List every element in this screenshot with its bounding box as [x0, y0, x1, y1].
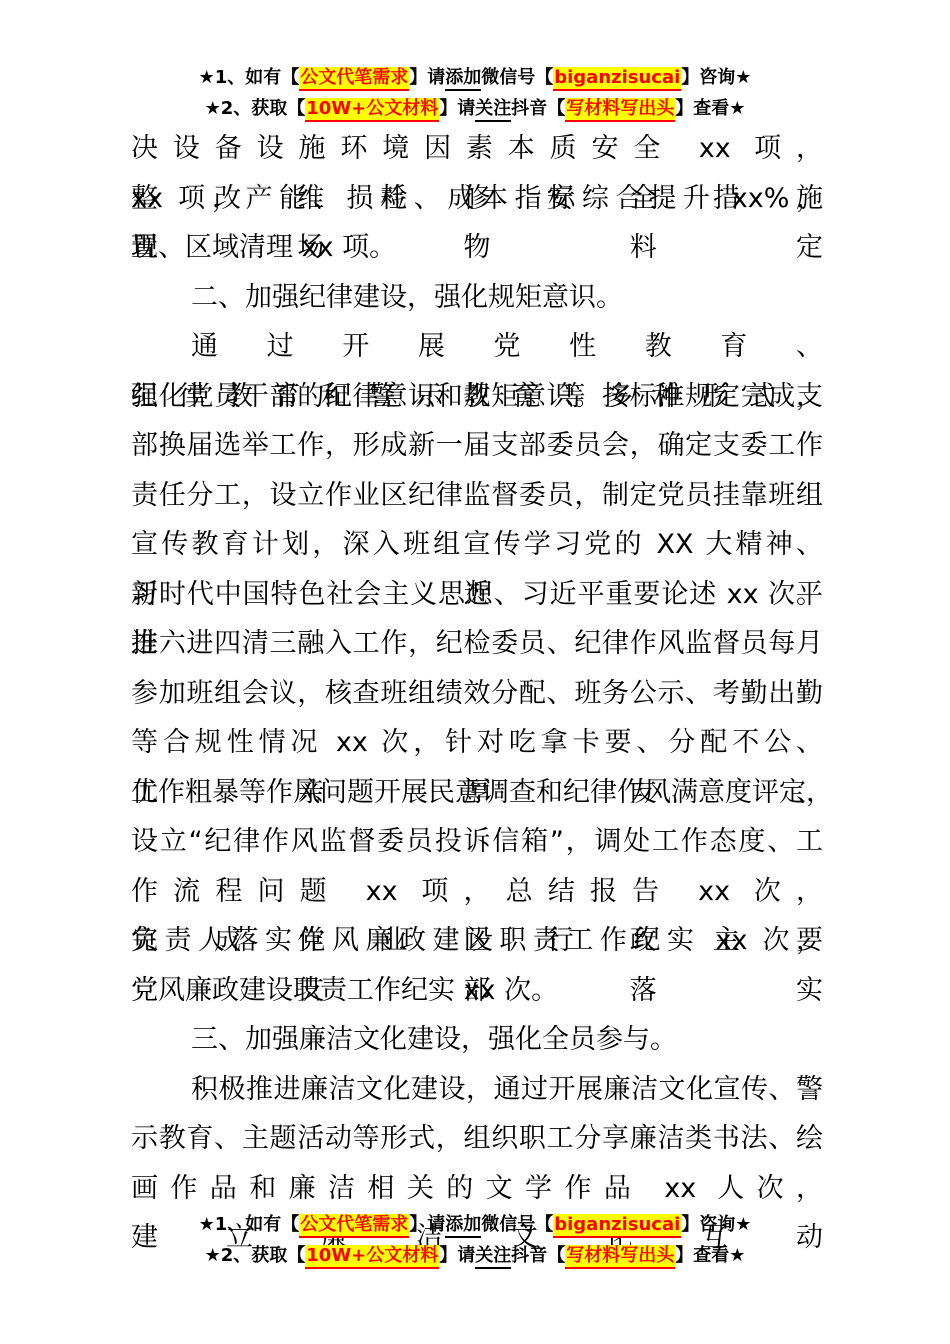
document-line: 示教育、主题活动等形式，组织职工分享廉洁类书法、绘 — [131, 1114, 823, 1164]
banner-text: 】查看★ — [675, 98, 745, 120]
banner-highlight: 10W+公文材料 — [305, 98, 439, 122]
banner-text: 抖音【 — [511, 98, 565, 120]
document-line: 工作粗暴等作风问题开展民意调查和纪律作风满意度评定， — [131, 768, 823, 818]
header-banner: ★1、如有【公文代笔需求】请添加微信号【biganzisucai】咨询★★2、获… — [0, 62, 950, 124]
banner-highlight: 公文代笔需求 — [299, 1214, 409, 1238]
document-line: 宣传教育计划，深入班组宣传学习党的 XX 大精神、习近平 — [131, 520, 823, 570]
banner-highlight: 写材料写出头 — [565, 98, 675, 122]
banner-text: 抖音【 — [511, 1245, 565, 1267]
document-line: 强化党员干部的纪律意识和规矩意识。按标准规定完成支 — [131, 372, 823, 422]
banner-text: 】咨询★ — [681, 67, 751, 89]
banner-text: 】请 — [409, 67, 445, 89]
banner-line-1: ★1、如有【公文代笔需求】请添加微信号【biganzisucai】咨询★ — [0, 62, 950, 93]
banner-highlight: biganzisucai — [553, 67, 681, 91]
banner-highlight: 10W+公文材料 — [305, 1245, 439, 1269]
document-line: 设立“纪律作风监督委员投诉信箱”，调处工作态度、工 — [131, 817, 823, 867]
document-line: 等合规性情况 xx 次，针对吃拿卡要、分配不公、优亲厚友、 — [131, 718, 823, 768]
document-line: 积极推进廉洁文化建设，通过开展廉洁文化宣传、警 — [131, 1065, 823, 1115]
banner-text: 】请 — [439, 98, 475, 120]
banner-line-2: ★2、获取【10W+公文材料】请关注抖音【写材料写出头】查看★ — [0, 93, 950, 124]
document-line: 参加班组会议，核查班组绩效分配、班务公示、考勤出勤 — [131, 669, 823, 719]
banner-text: ★2、获取【 — [205, 98, 306, 120]
banner-action-underline: 关注 — [475, 1245, 511, 1269]
document-line: 进六进四清三融入工作，纪检委员、纪律作风监督员每月 — [131, 619, 823, 669]
document-line: 作流程问题 xx 项，总结报告 xx 次，完成作业区行政主要 — [131, 867, 823, 917]
document-line: 通过开展党性教育、纪律教育和警示教育等多种形式， — [131, 322, 823, 372]
footer-banner: ★1、如有【公文代笔需求】请添加微信号【biganzisucai】咨询★★2、获… — [0, 1209, 950, 1271]
banner-action-underline: 添加 — [445, 67, 481, 91]
banner-highlight: 写材料写出头 — [565, 1245, 675, 1269]
document-page: ★1、如有【公文代笔需求】请添加微信号【biganzisucai】咨询★★2、获… — [0, 0, 950, 1344]
banner-line-1: ★1、如有【公文代笔需求】请添加微信号【biganzisucai】咨询★ — [0, 1209, 950, 1240]
banner-text: 微信号【 — [481, 67, 553, 89]
document-line: 新时代中国特色社会主义思想、习近平重要论述 xx 次。推 — [131, 570, 823, 620]
banner-text: 微信号【 — [481, 1214, 553, 1236]
banner-text: 】查看★ — [675, 1245, 745, 1267]
banner-text: 】请 — [409, 1214, 445, 1236]
banner-action-underline: 添加 — [445, 1214, 481, 1238]
document-line: 决设备设施环境因素本质安全 xx 项，整改维检修安全措施 — [131, 124, 823, 174]
document-body: 决设备设施环境因素本质安全 xx 项，整改维检修安全措施xx 项，产能、损耗、成… — [131, 124, 823, 1213]
banner-line-2: ★2、获取【10W+公文材料】请关注抖音【写材料写出头】查看★ — [0, 1240, 950, 1271]
document-line: 三、加强廉洁文化建设，强化全员参与。 — [131, 1015, 823, 1065]
banner-text: 】咨询★ — [681, 1214, 751, 1236]
banner-action-underline: 关注 — [475, 98, 511, 122]
banner-text: ★1、如有【 — [199, 1214, 300, 1236]
document-line: 责任分工，设立作业区纪律监督委员，制定党员挂靠班组 — [131, 471, 823, 521]
banner-text: 】请 — [439, 1245, 475, 1267]
document-line: 负责人落实党风廉政建设职责工作纪实 xx 次，党支部落实 — [131, 916, 823, 966]
banner-text: ★2、获取【 — [205, 1245, 306, 1267]
document-line: 二、加强纪律建设，强化规矩意识。 — [131, 273, 823, 323]
document-line: xx 项，产能、损耗、成本指标综合提升 xx%，现场物料定 — [131, 174, 823, 224]
banner-highlight: biganzisucai — [553, 1214, 681, 1238]
banner-text: ★1、如有【 — [199, 67, 300, 89]
banner-highlight: 公文代笔需求 — [299, 67, 409, 91]
document-line: 部换届选举工作，形成新一届支部委员会，确定支委工作 — [131, 421, 823, 471]
document-line: 画作品和廉洁相关的文学作品 xx 人次，建立廉洁文化互动 — [131, 1164, 823, 1214]
